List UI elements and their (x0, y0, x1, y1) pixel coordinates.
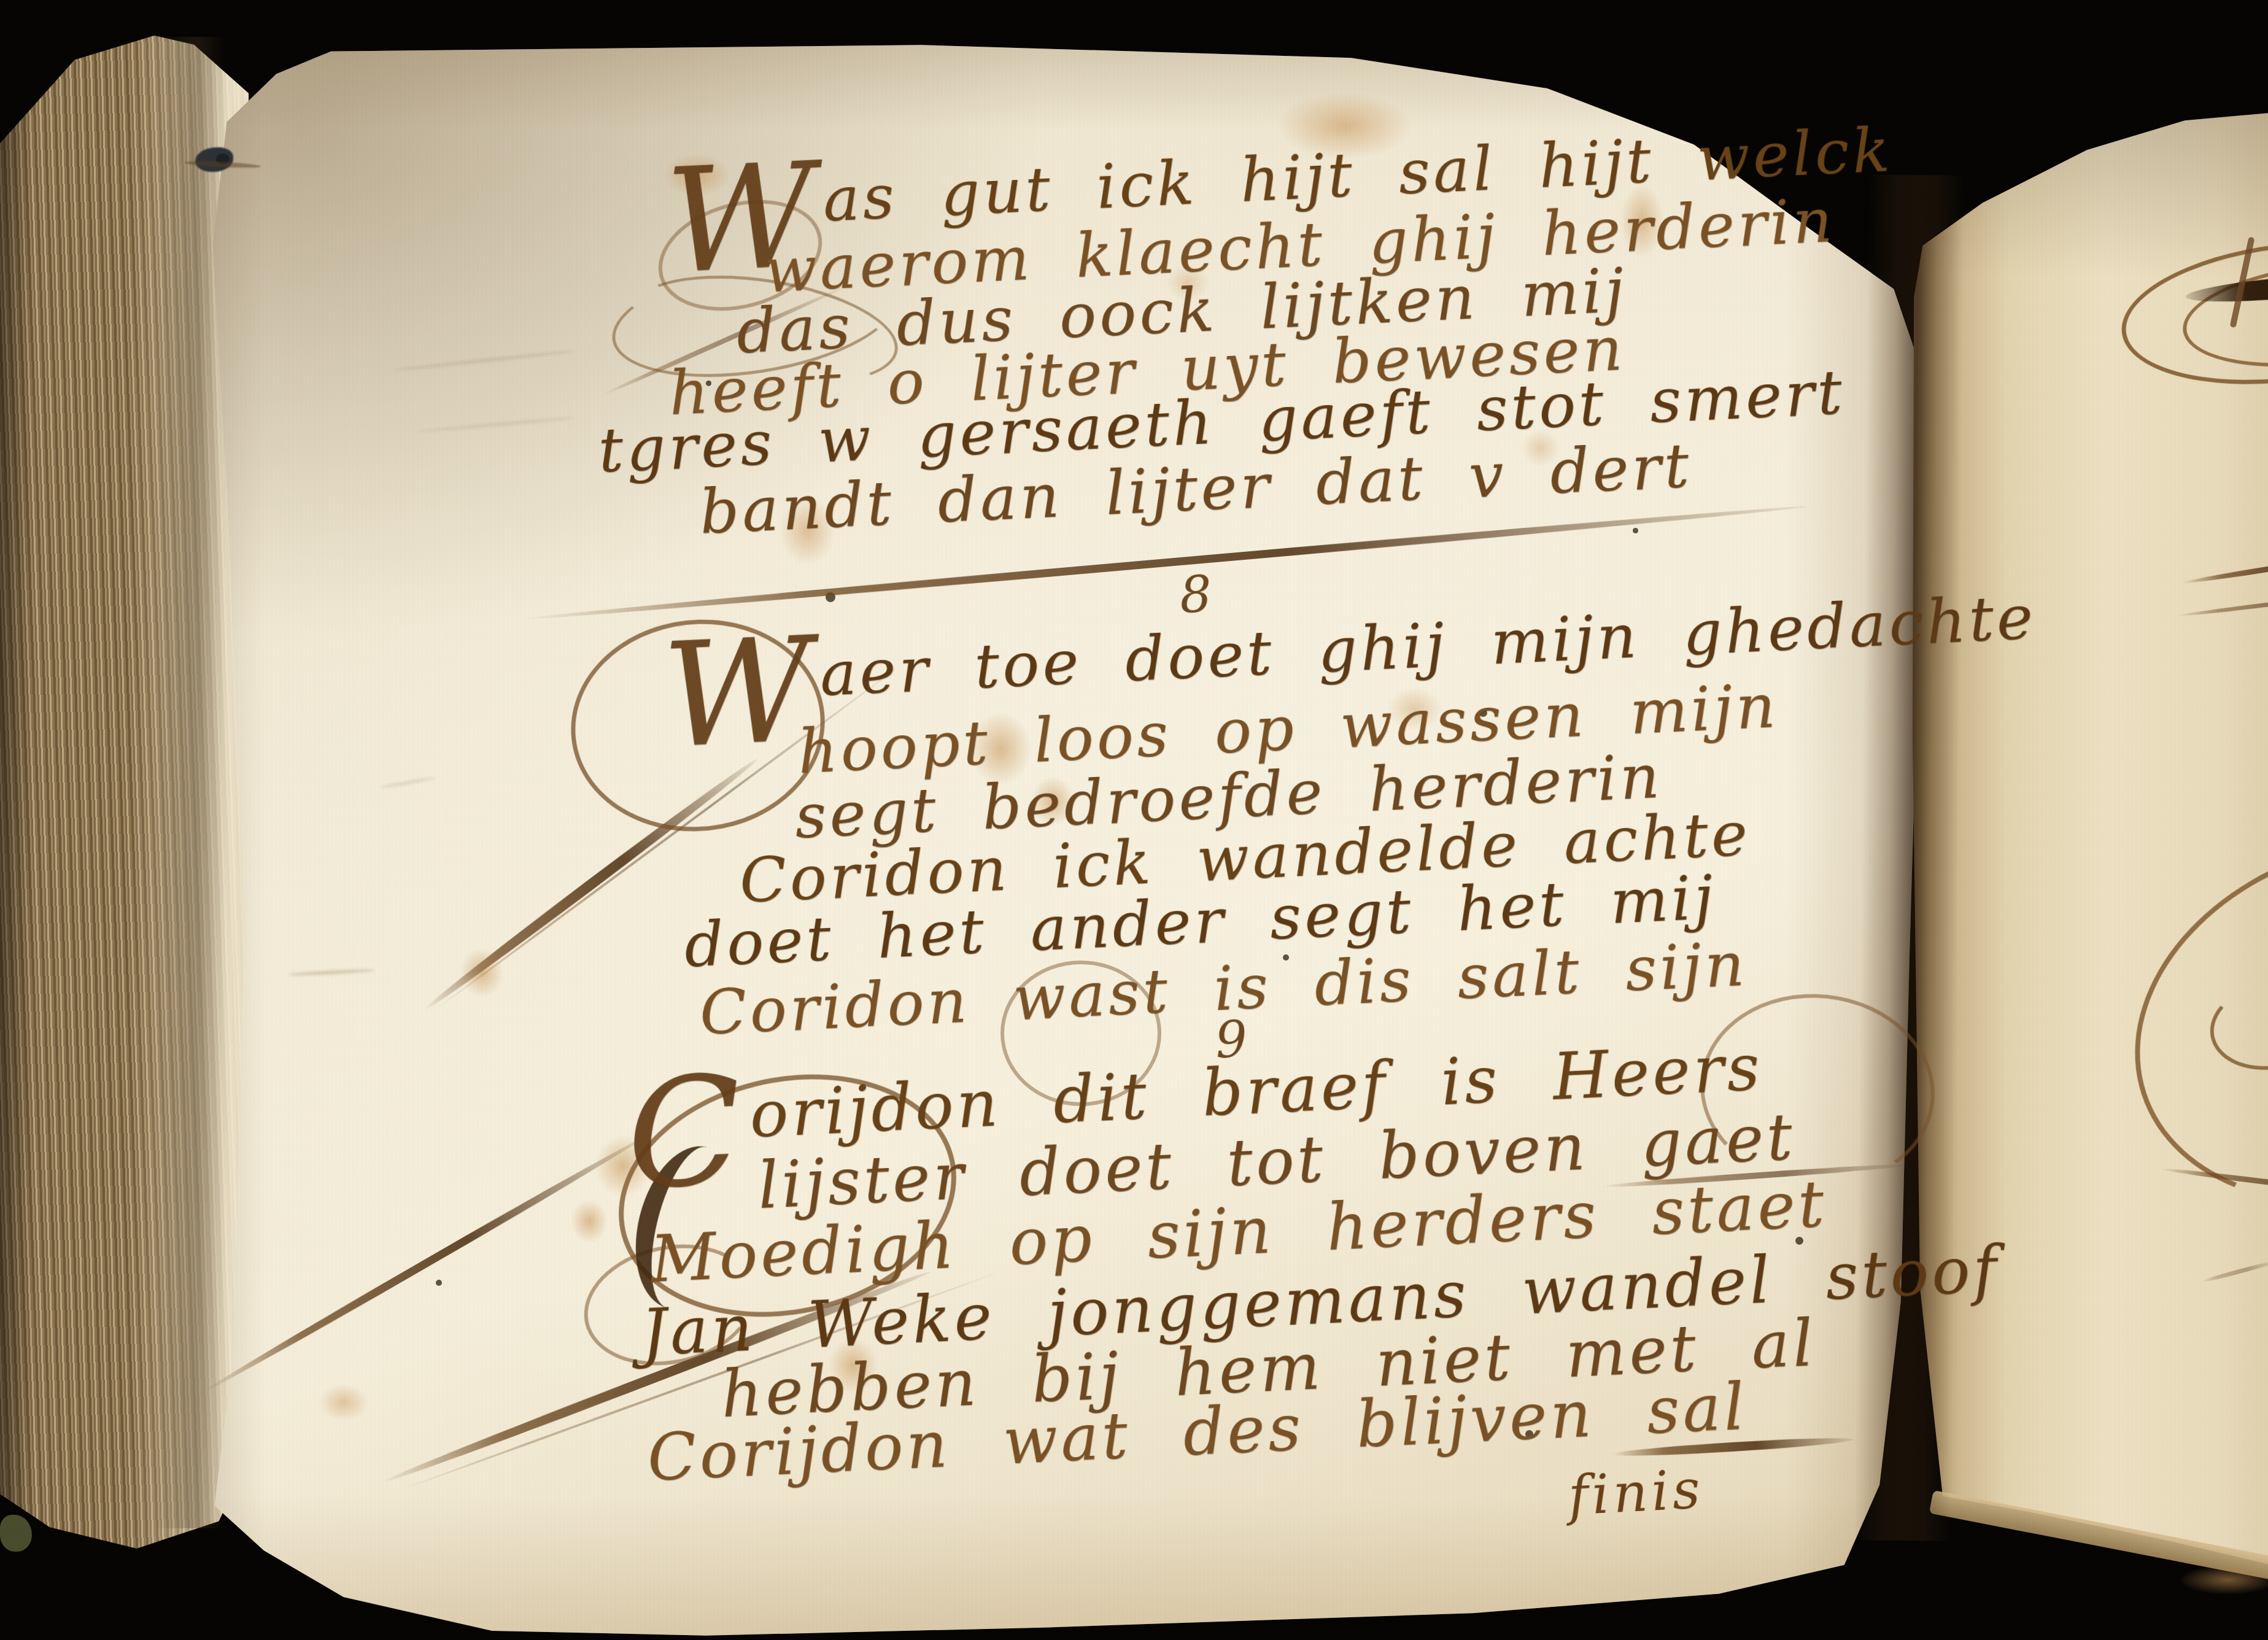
decorated-initial: C (622, 1043, 748, 1223)
decorated-initial: W (660, 606, 819, 780)
binding-cloth-sliver (0, 1515, 32, 1552)
stanza-number-8: 8 (1179, 570, 1213, 622)
finis-label: finis (1567, 1462, 1705, 1523)
open-manuscript-book-photo: Was gut ick hijt sal hijt welck waerom k… (0, 0, 2268, 1640)
age-stain (571, 1200, 608, 1243)
book-gutter-shadow (1854, 174, 1965, 1541)
speck (436, 1280, 442, 1286)
age-stain (2179, 1565, 2268, 1595)
speck (1633, 528, 1638, 533)
age-stain (319, 1384, 368, 1421)
